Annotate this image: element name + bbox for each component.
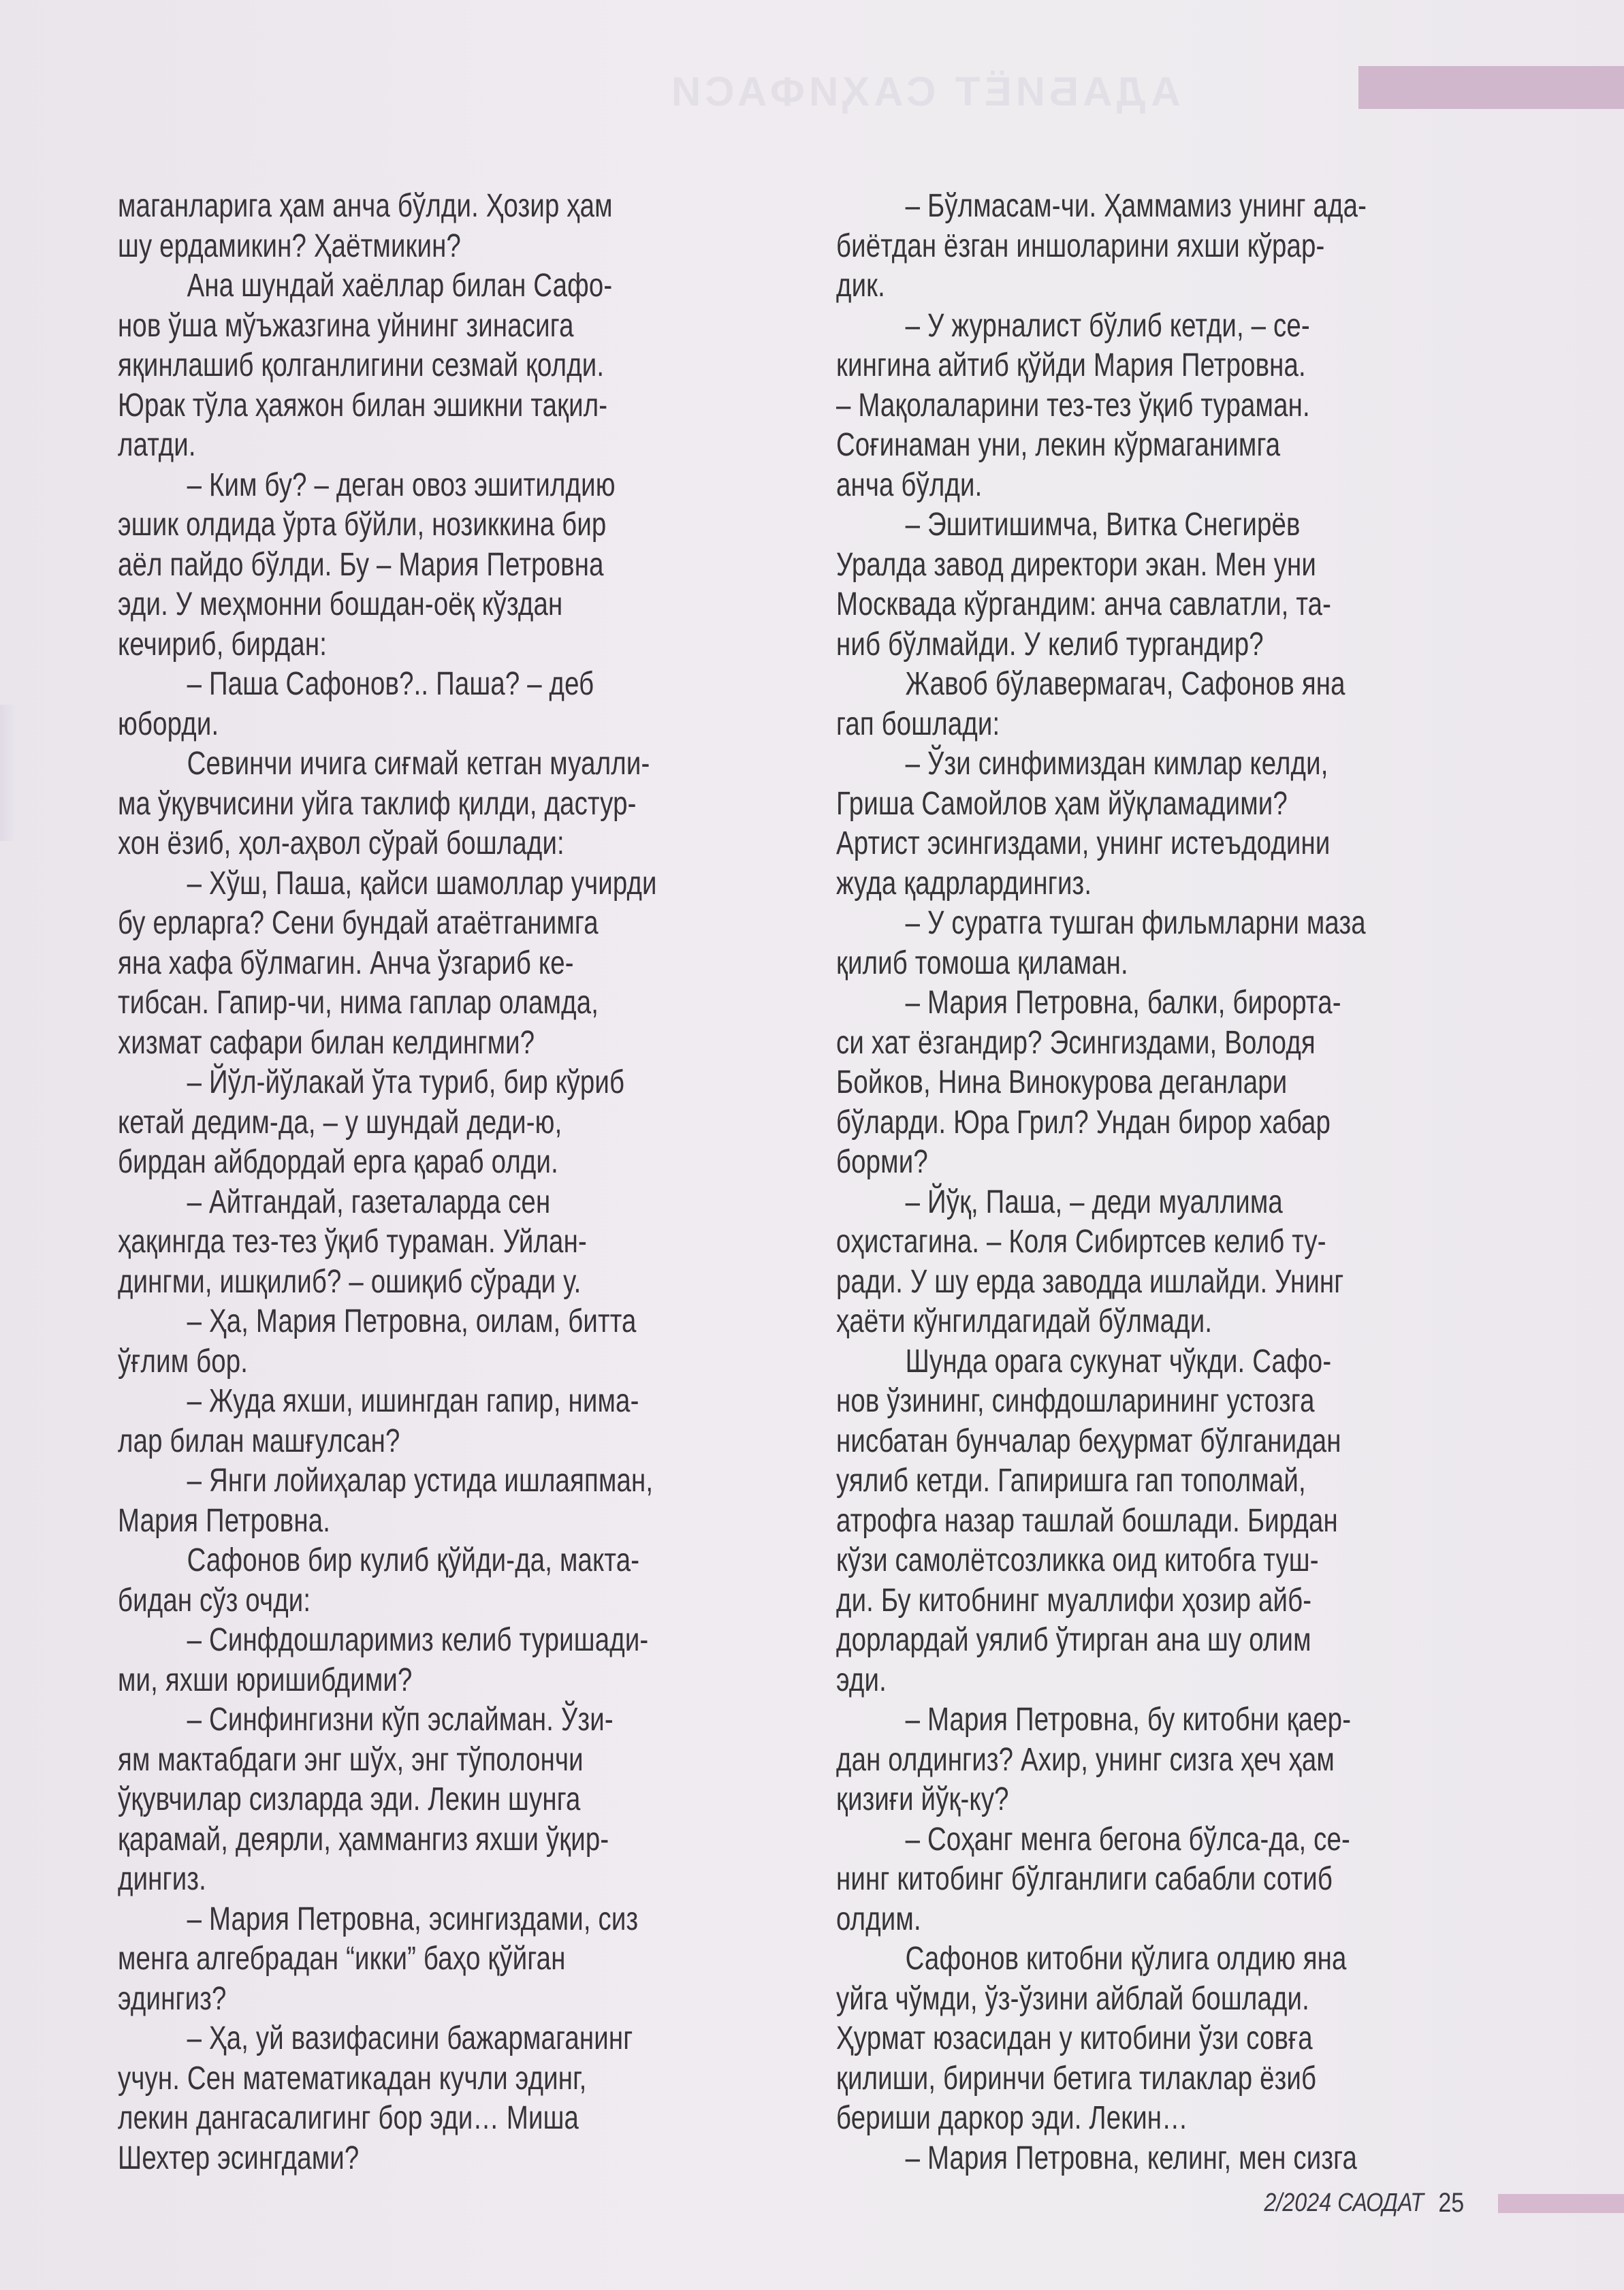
text-line: дорлардай уялиб ўтирган ана шу олим xyxy=(836,1621,1392,1661)
text-line: қизиғи йўқ-ку? xyxy=(836,1780,1392,1820)
text-line: – У суратга тушган фильмларни маза xyxy=(836,904,1392,944)
text-line: – Паша Сафонов?.. Паша? – деб xyxy=(118,665,673,705)
text-line: – Йўл-йўлакай ўта туриб, бир кўриб xyxy=(118,1063,673,1103)
text-line: – Янги лойиҳалар устида ишлаяпман, xyxy=(118,1461,673,1501)
show-through-text: АДАБИЁТ САҲИФАСИ xyxy=(667,68,1181,115)
text-line: Москвада кўргандим: анча савлатли, та- xyxy=(836,585,1392,625)
text-line: кечириб, бирдан: xyxy=(118,625,673,665)
text-line: – Мария Петровна, келинг, мен сизга xyxy=(836,2139,1392,2179)
text-line: – Ҳа, Мария Петровна, оилам, битта xyxy=(118,1302,673,1342)
text-line: дик. xyxy=(836,266,1392,306)
text-line: Мария Петровна. xyxy=(118,1501,673,1542)
text-line: ми, яхши юришибдими? xyxy=(118,1661,673,1701)
text-line: Жавоб бўлавермагач, Сафонов яна xyxy=(836,665,1392,705)
text-line: юборди. xyxy=(118,705,673,745)
text-line: гап бошлади: xyxy=(836,705,1392,745)
text-line: – Йўқ, Паша, – деди муаллима xyxy=(836,1183,1392,1223)
text-column-left: маганларига ҳам анча бўлди. Ҳозир ҳамшу … xyxy=(118,187,812,2178)
text-line: Соғинаман уни, лекин кўрмаганимга xyxy=(836,426,1392,466)
text-line: – У журналист бўлиб кетди, – се- xyxy=(836,306,1392,347)
text-line: уйга чўмди, ўз-ўзини айблай бошлади. xyxy=(836,1979,1392,2020)
text-line: анча бўлди. xyxy=(836,466,1392,506)
text-line: кингина айтиб қўйди Мария Петровна. xyxy=(836,346,1392,386)
text-line: хизмат сафари билан келдингми? xyxy=(118,1023,673,1064)
text-line: қилиши, биринчи бетига тилаклар ёзиб xyxy=(836,2059,1392,2099)
text-line: лар билан машғулсан? xyxy=(118,1422,673,1462)
text-line: – Эшитишимча, Витка Снегирёв xyxy=(836,505,1392,545)
text-line: бидан сўз очди: xyxy=(118,1581,673,1621)
text-line: қарамай, деярли, ҳаммангиз яхши ўқир- xyxy=(118,1820,673,1860)
text-line: дан олдингиз? Ахир, унинг сизга ҳеч ҳам xyxy=(836,1740,1392,1781)
text-line: дингми, ишқилиб? – ошиқиб сўради у. xyxy=(118,1262,673,1303)
text-line: латди. xyxy=(118,426,673,466)
text-line: оҳистагина. – Коля Сибиртсев келиб ту- xyxy=(836,1222,1392,1262)
text-line: бериши даркор эди. Лекин… xyxy=(836,2099,1392,2139)
text-line: Уралда завод директори экан. Мен уни xyxy=(836,545,1392,586)
text-line: нинг китобинг бўлганлиги сабабли сотиб xyxy=(836,1860,1392,1900)
text-line: Гриша Самойлов ҳам йўқламадими? xyxy=(836,784,1392,825)
text-line: бўларди. Юра Грил? Ундан бирор хабар xyxy=(836,1103,1392,1143)
text-line: бу ерларга? Сени бундай атаётганимга xyxy=(118,904,673,944)
text-line: Сафонов бир кулиб қўйди-да, макта- xyxy=(118,1541,673,1581)
text-line: уялиб кетди. Гапиришга гап тополмай, xyxy=(836,1461,1392,1501)
text-line: – Айтгандай, газеталарда сен xyxy=(118,1183,673,1223)
text-line: эди. xyxy=(836,1661,1392,1701)
text-line: нов ўша мўъжазгина уйнинг зинасига xyxy=(118,306,673,347)
page-number: 25 xyxy=(1438,2188,1464,2219)
text-line: қилиб томоша қиламан. xyxy=(836,944,1392,984)
text-line: Артист эсингиздами, унинг истеъдодини xyxy=(836,824,1392,864)
text-line: – Соҳанг менга бегона бўлса-да, се- xyxy=(836,1820,1392,1860)
text-line: нисбатан бунчалар беҳурмат бўлганидан xyxy=(836,1422,1392,1462)
text-line: Сафонов китобни қўлига олдию яна xyxy=(836,1939,1392,1979)
magazine-page: АДАБИЁТ САҲИФАСИ маганларига ҳам анча бў… xyxy=(0,0,1624,2290)
text-line: Севинчи ичига сиғмай кетган муалли- xyxy=(118,744,673,784)
text-line: яна хафа бўлмагин. Анча ўзгариб ке- xyxy=(118,944,673,984)
text-line: яқинлашиб қолганлигини сезмай қолди. xyxy=(118,346,673,386)
text-line: – Синфдошларимиз келиб туришади- xyxy=(118,1621,673,1661)
text-line: менга алгебрадан “икки” баҳо қўйган xyxy=(118,1939,673,1979)
text-line: тибсан. Гапир-чи, нима гаплар оламда, xyxy=(118,983,673,1023)
text-line: ради. У шу ерда заводда ишлайди. Унинг xyxy=(836,1262,1392,1303)
issue-label: 2/2024 САОДАТ xyxy=(1264,2189,1424,2218)
binding-edge-mark xyxy=(0,705,15,841)
text-line: ниб бўлмайди. У келиб тургандир? xyxy=(836,625,1392,665)
header-accent-band xyxy=(1358,66,1624,109)
text-line: эдингиз? xyxy=(118,1979,673,2020)
text-line: атрофга назар ташлай бошлади. Бирдан xyxy=(836,1501,1392,1542)
text-line: бирдан айбдордай ерга қараб олди. xyxy=(118,1143,673,1183)
text-line: борми? xyxy=(836,1143,1392,1183)
text-line: ди. Бу китобнинг муаллифи ҳозир айб- xyxy=(836,1581,1392,1621)
text-line: – Хўш, Паша, қайси шамоллар учирди xyxy=(118,864,673,904)
text-line: – Ҳа, уй вазифасини бажармаганинг xyxy=(118,2019,673,2059)
text-line: аёл пайдо бўлди. Бу – Мария Петровна xyxy=(118,545,673,586)
text-line: – Ўзи синфимиздан кимлар келди, xyxy=(836,744,1392,784)
text-line: кўзи самолётсозликка оид китобга туш- xyxy=(836,1541,1392,1581)
text-line: – Синфингизни кўп эслайман. Ўзи- xyxy=(118,1700,673,1740)
text-line: – Бўлмасам-чи. Ҳаммамиз унинг ада- xyxy=(836,187,1392,227)
text-line: Ҳурмат юзасидан у китобини ўзи совға xyxy=(836,2019,1392,2059)
text-line: – Мария Петровна, эсингиздами, сиз xyxy=(118,1900,673,1940)
text-line: – Мария Петровна, балки, бирорта- xyxy=(836,983,1392,1023)
text-column-right: – Бўлмасам-чи. Ҳаммамиз унинг ада-биётда… xyxy=(836,187,1531,2178)
text-line: Шехтер эсингдами? xyxy=(118,2139,673,2179)
text-line: си хат ёзгандир? Эсингиздами, Володя xyxy=(836,1023,1392,1064)
text-line: Бойков, Нина Винокурова деганлари xyxy=(836,1063,1392,1103)
text-line: эшик олдида ўрта бўйли, нозиккина бир xyxy=(118,505,673,545)
text-line: нов ўзининг, синфдошларининг устозга xyxy=(836,1382,1392,1422)
text-line: Юрак тўла ҳаяжон билан эшикни тақил- xyxy=(118,386,673,426)
text-line: жуда қадрлардингиз. xyxy=(836,864,1392,904)
text-line: – Ким бу? – деган овоз эшитилдию xyxy=(118,466,673,506)
text-line: – Мақолаларини тез-тез ўқиб тураман. xyxy=(836,386,1392,426)
text-line: Ана шундай хаёллар билан Сафо- xyxy=(118,266,673,306)
text-line: маганларига ҳам анча бўлди. Ҳозир ҳам xyxy=(118,187,673,227)
text-line: шу ердамикин? Ҳаётмикин? xyxy=(118,227,673,267)
text-line: ям мактабдаги энг шўх, энг тўполончи xyxy=(118,1740,673,1781)
text-line: олдим. xyxy=(836,1900,1392,1940)
text-line: хон ёзиб, ҳол-аҳвол сўрай бошлади: xyxy=(118,824,673,864)
text-line: ўғлим бор. xyxy=(118,1342,673,1382)
text-line: – Жуда яхши, ишингдан гапир, нима- xyxy=(118,1382,673,1422)
text-line: кетай дедим-да, – у шундай деди-ю, xyxy=(118,1103,673,1143)
text-line: – Мария Петровна, бу китобни қаер- xyxy=(836,1700,1392,1740)
text-line: биётдан ёзган иншоларини яхши кўрар- xyxy=(836,227,1392,267)
footer-accent-band xyxy=(1498,2194,1624,2213)
page-footer: 2/2024 САОДАТ 25 xyxy=(1236,2184,1466,2222)
text-line: ма ўқувчисини уйга таклиф қилди, дастур- xyxy=(118,784,673,825)
text-line: ҳаёти кўнгилдагидай бўлмади. xyxy=(836,1302,1392,1342)
text-line: эди. У меҳмонни бошдан-оёқ кўздан xyxy=(118,585,673,625)
text-line: ҳақингда тез-тез ўқиб тураман. Уйлан- xyxy=(118,1222,673,1262)
text-line: Шунда орага сукунат чўкди. Сафо- xyxy=(836,1342,1392,1382)
text-line: лекин дангасалигинг бор эди… Миша xyxy=(118,2099,673,2139)
text-line: дингиз. xyxy=(118,1860,673,1900)
text-line: учун. Сен математикадан кучли эдинг, xyxy=(118,2059,673,2099)
text-line: ўқувчилар сизларда эди. Лекин шунга xyxy=(118,1780,673,1820)
